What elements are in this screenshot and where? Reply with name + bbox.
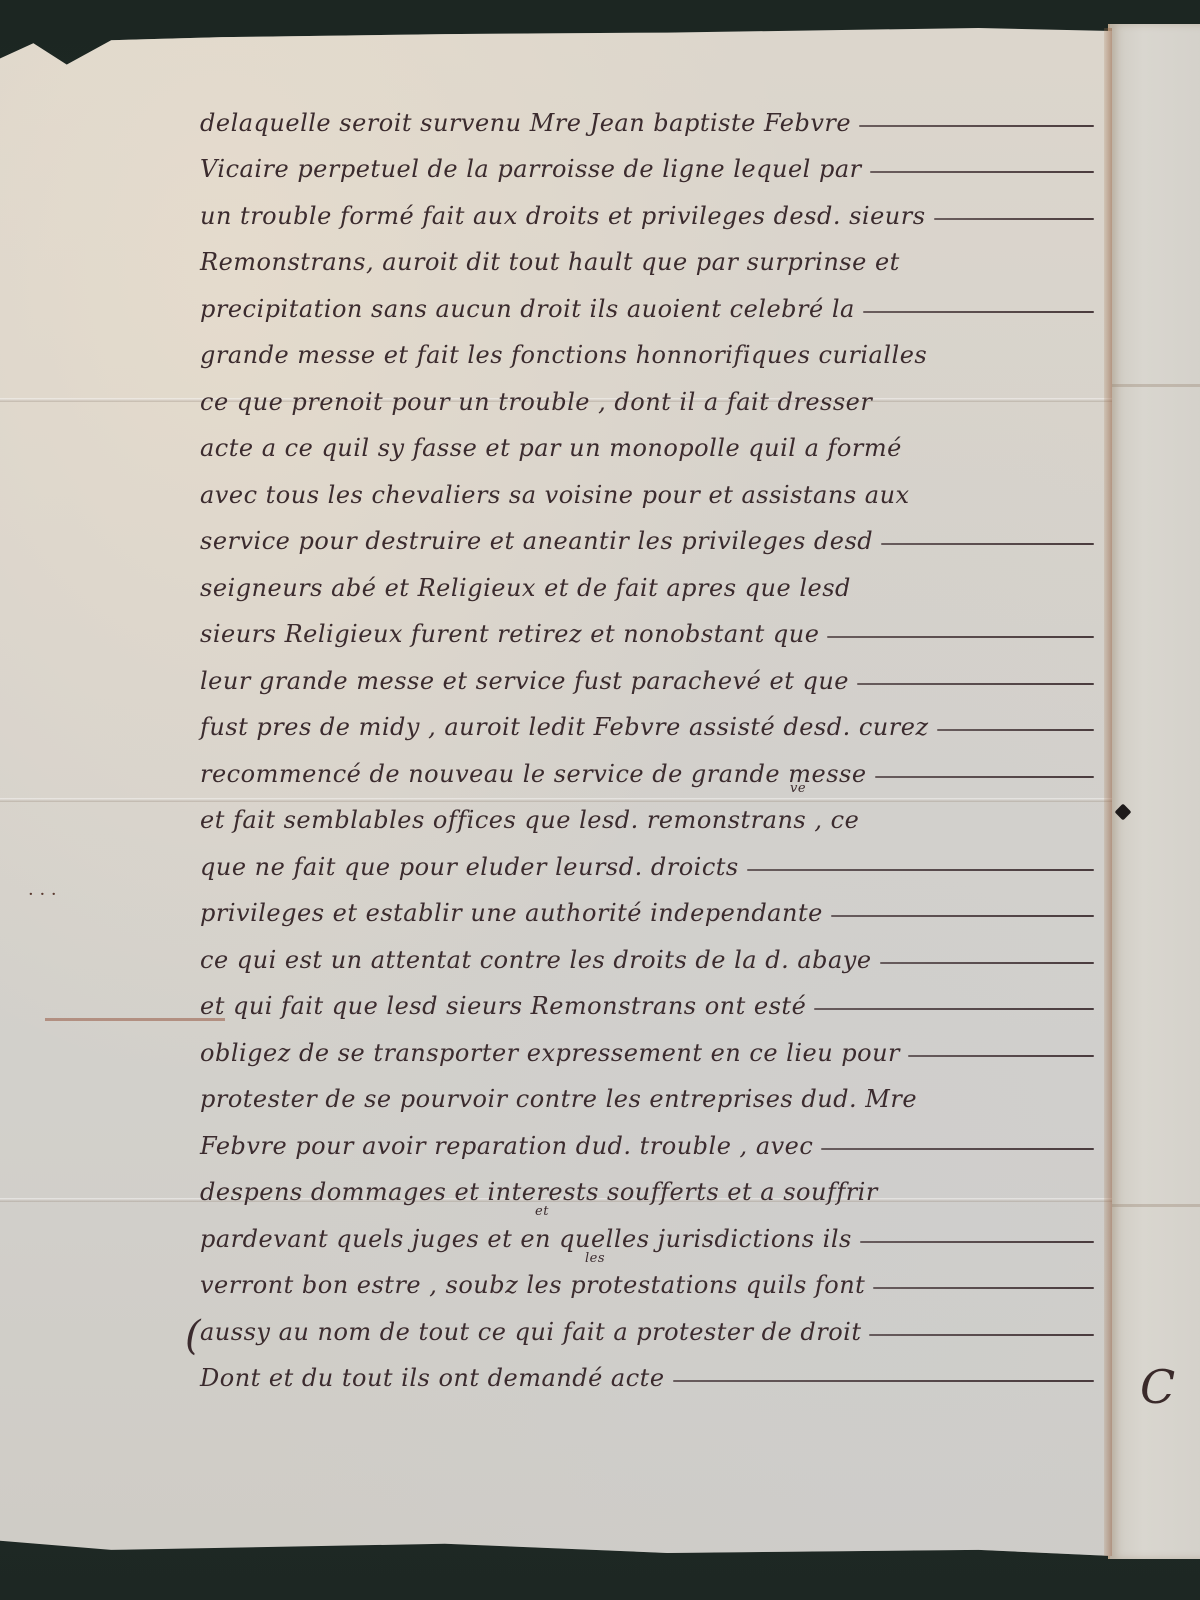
line-filler-stroke bbox=[859, 125, 1094, 127]
text-line: ce qui est un attentat contre les droits… bbox=[200, 927, 1100, 974]
text-line: acte a ce quil sy fasse et par un monopo… bbox=[200, 416, 1100, 463]
margin-dots: · · · bbox=[28, 884, 57, 905]
page-spine-edge bbox=[1104, 28, 1112, 1556]
line-filler-stroke bbox=[860, 1241, 1094, 1243]
text-line: protester de se pourvoir contre les entr… bbox=[200, 1067, 1100, 1114]
adjacent-page-leaf bbox=[1108, 24, 1200, 1559]
text-line: seigneurs abé et Religieux et de fait ap… bbox=[200, 555, 1100, 602]
text-line: grande messe et fait les fonctions honno… bbox=[200, 323, 1100, 370]
text-line: un trouble formé fait aux droits et priv… bbox=[200, 183, 1100, 230]
leaf-fold-line bbox=[1110, 1204, 1200, 1207]
text-line: sieurs Religieux furent retirez et nonob… bbox=[200, 602, 1100, 649]
line-filler-stroke bbox=[869, 1334, 1094, 1336]
line-filler-stroke bbox=[747, 869, 1094, 871]
text-line: avec tous les chevaliers sa voisine pour… bbox=[200, 462, 1100, 509]
text-line: aussy au nom de tout ce qui fait a prote… bbox=[200, 1299, 1100, 1346]
text-line: privileges et establir une authorité ind… bbox=[200, 881, 1100, 928]
text-line: Febvre pour avoir reparation dud. troubl… bbox=[200, 1113, 1100, 1160]
text-line: service pour destruire et aneantir les p… bbox=[200, 509, 1100, 556]
text-line: precipitation sans aucun droit ils auoie… bbox=[200, 276, 1100, 323]
line-filler-stroke bbox=[827, 636, 1094, 638]
line-filler-stroke bbox=[673, 1380, 1094, 1382]
text-line: despens dommages et interests soufferts … bbox=[200, 1160, 1100, 1207]
line-filler-stroke bbox=[873, 1287, 1094, 1289]
line-filler-stroke bbox=[880, 962, 1094, 964]
line-filler-stroke bbox=[870, 171, 1094, 173]
text-line: verront bon estre , soubz les protestati… bbox=[200, 1253, 1100, 1300]
text-line: leur grande messe et service fust parach… bbox=[200, 648, 1100, 695]
line-filler-stroke bbox=[908, 1055, 1094, 1057]
text-line: et fait semblables offices que lesd. rem… bbox=[200, 788, 1100, 835]
margin-red-stroke bbox=[45, 1018, 225, 1021]
text-line: Vicaire perpetuel de la parroisse de lig… bbox=[200, 137, 1100, 184]
line-filler-stroke bbox=[821, 1148, 1094, 1150]
line-filler-stroke bbox=[831, 915, 1094, 917]
line-filler-stroke bbox=[881, 543, 1094, 545]
text-line: pardevant quels juges et en quelles juri… bbox=[200, 1206, 1100, 1253]
line-filler-stroke bbox=[937, 729, 1094, 731]
interlinear-annotation: et bbox=[535, 1204, 549, 1219]
text-line: Dont et du tout ils ont demandé acte bbox=[200, 1346, 1100, 1393]
text-line: fust pres de midy , auroit ledit Febvre … bbox=[200, 695, 1100, 742]
line-filler-stroke bbox=[875, 776, 1094, 778]
line-filler-stroke bbox=[934, 218, 1094, 220]
adjacent-page-initial: C bbox=[1140, 1360, 1175, 1414]
text-line: et qui fait que lesd sieurs Remonstrans … bbox=[200, 974, 1100, 1021]
leaf-fold-line bbox=[1110, 384, 1200, 387]
line-filler-stroke bbox=[814, 1008, 1094, 1010]
line-filler-stroke bbox=[857, 683, 1094, 685]
line-filler-stroke bbox=[863, 311, 1094, 313]
handwritten-text-block: delaquelle seroit survenu Mre Jean bapti… bbox=[200, 90, 1100, 1392]
text-line: que ne fait que pour eluder leursd. droi… bbox=[200, 834, 1100, 881]
text-line: recommencé de nouveau le service de gran… bbox=[200, 741, 1100, 788]
interlinear-annotation: les bbox=[585, 1251, 605, 1266]
text-line: delaquelle seroit survenu Mre Jean bapti… bbox=[200, 90, 1100, 137]
text-line: obligez de se transporter expressement e… bbox=[200, 1020, 1100, 1067]
text-line: ce que prenoit pour un trouble , dont il… bbox=[200, 369, 1100, 416]
opening-flourish-mark: ( bbox=[185, 1313, 201, 1359]
text-line: Remonstrans, auroit dit tout hault que p… bbox=[200, 230, 1100, 277]
